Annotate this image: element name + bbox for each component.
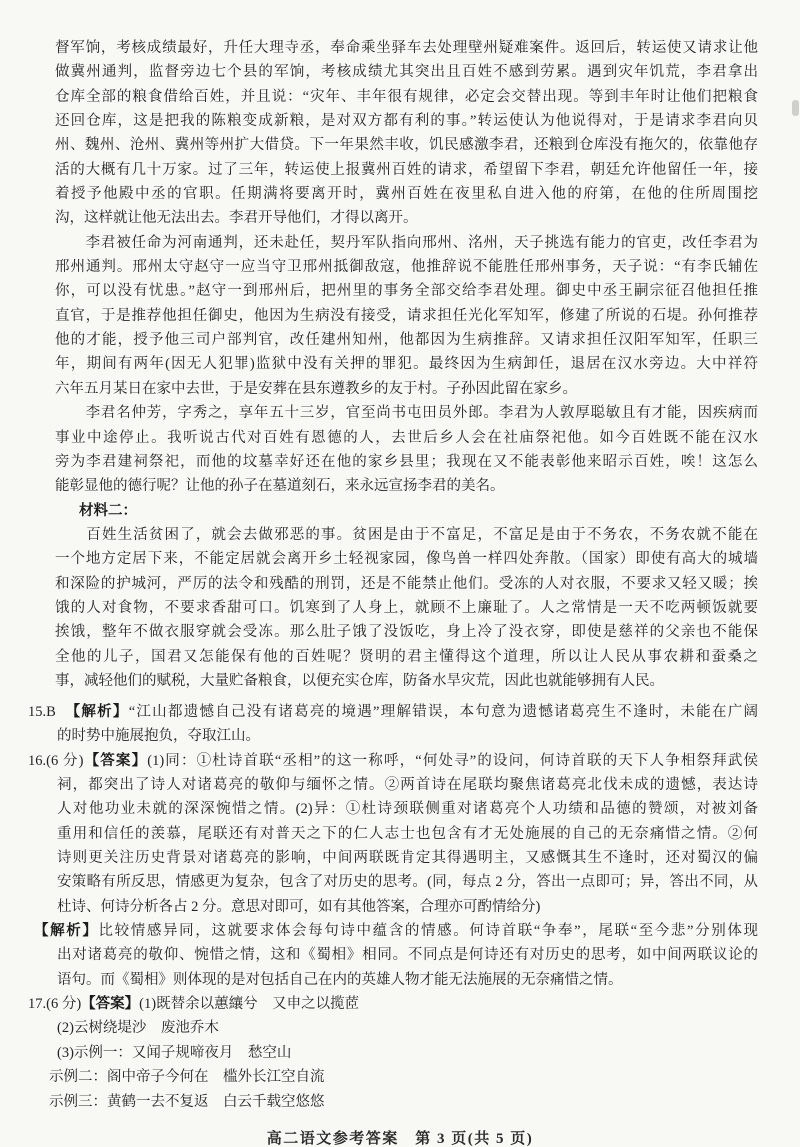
text-line: 饿的人对食物，不要求香甜可口。饥寒到了人身上，就顾不上廉耻了。人之常情是一天不吃… [55, 596, 758, 620]
text-line: 挨饿，整年不做衣服穿就会受冻。那么肚子饿了没饭吃，身上冷了没衣穿，即使是慈祥的父… [55, 620, 758, 644]
text-line: 诗则更关注历史背景对诸葛亮的影响，中间两联既肯定其得遇明主，又感慨其生不逢时，还… [28, 846, 758, 870]
text-line: 六年五月某日在家中去世，于是安葬在县东遵教乡的友于村。子孙因此留在家乡。 [55, 377, 758, 401]
text-line: 一个地方定居下来，不能定居就会离开乡土轻视家园，像鸟兽一样四处奔散。（国家）即使… [55, 547, 758, 571]
text-line: 督军饷，考核成绩最好，升任大理寺丞，奉命乘坐驿车去处理壁州疑难案件。返回后，转运… [55, 36, 758, 60]
text-line: 安策略有所反思，情感更为复杂，包含了对历史的思考。(同，每点 2 分，答出一点即… [28, 870, 758, 894]
text-line: 做冀州通判，监督旁边七个县的军饷，考核成绩尤其突出且百姓不感到劳累。遇到灾年饥荒… [55, 60, 758, 84]
text-line: 16.(6 分)【答案】(1)同：①杜诗首联“丞相”的这一称呼，“何处寻”的设问… [28, 749, 758, 773]
text-line: 17.(6 分)【答案】(1)既替余以蕙纕兮 又申之以揽茝 [28, 992, 758, 1016]
material-1-translation: 督军饷，考核成绩最好，升任大理寺丞，奉命乘坐驿车去处理壁州疑难案件。返回后，转运… [55, 36, 758, 499]
text-line: 着授予他殿中丞的官职。任期满将要离开时，冀州百姓在夜里私自进入他的府第，在他的住… [55, 182, 758, 206]
text-line: 和深险的护城河，严厉的法令和残酷的刑罚，还是不能禁止他们。受冻的人对衣服，不要求… [55, 572, 758, 596]
answer-item-15: 15.B 【解析】“江山都遗憾自己没有诸葛亮的境遇”理解错误，本句意为遗憾诸葛亮… [28, 700, 758, 749]
text-line: (3)示例一：又闻子规啼夜月 愁空山 [28, 1041, 758, 1065]
text-line: 【解析】比较情感异同，这就要求体会每句诗中蕴含的情感。何诗首联“争奉”，尾联“至… [28, 919, 758, 943]
text-line: 沟，这样就让他无法出去。李君开导他们，才得以离开。 [55, 206, 758, 230]
text-line: 仓库全部的粮食借给百姓，并且说：“灾年、丰年很有规律，必定会交替出现。等到丰年时… [55, 85, 758, 109]
text-line: 邢州通判。邢州太守赵守一应当守卫邢州抵御敌寇，他推辞说不能胜任邢州事务，天子说：… [55, 255, 758, 279]
text-line: 重用和信任的羡慕，尾联还有对普天之下的仁人志士也包含有才无处施展的自己的无奈痛惜… [28, 822, 758, 846]
text-line: 杜诗、何诗分析各占 2 分。意思对即可，如有其他答案，合理亦可酌情给分) [28, 895, 758, 919]
answer-section: 15.B 【解析】“江山都遗憾自己没有诸葛亮的境遇”理解错误，本句意为遗憾诸葛亮… [28, 700, 758, 1114]
text-line: 能彰显他的德行呢？让他的孙子在墓道刻石，来永远宣扬李君的美名。 [55, 474, 758, 498]
answer-item-16: 16.(6 分)【答案】(1)同：①杜诗首联“丞相”的这一称呼，“何处寻”的设问… [28, 749, 758, 992]
page-footer: 高二语文参考答案 第 3 页(共 5 页) [0, 1127, 800, 1147]
text-line: 李君被任命为河南通判，还未赴任，契丹军队指向邢州、洺州，天子挑选有能力的官吏，改… [55, 231, 758, 255]
text-line: 事，减轻他们的赋税，大量贮备粮食，以便充实仓库，防备水旱灾荒，因此也就能够拥有人… [55, 669, 758, 693]
text-line: 事业中途停止。我听说古代对百姓有恩德的人，去世后乡人会在社庙祭祀他。如今百姓既不… [55, 426, 758, 450]
text-line: 人对他功业未就的深深惋惜之情。(2)异：①杜诗颈联侧重对诸葛亮个人功绩和品德的赞… [28, 797, 758, 821]
reading-materials: 督军饷，考核成绩最好，升任大理寺丞，奉命乘坐驿车去处理壁州疑难案件。返回后，转运… [55, 36, 758, 693]
text-line: 还回仓库，这是把我的陈粮变成新粮，是对双方都有利的事。”转运使认为他说得对，于是… [55, 109, 758, 133]
text-line: 旁为李君建祠祭祀，而他的坟墓幸好还在他的家乡县里；我现在又不能表彰他来昭示百姓，… [55, 450, 758, 474]
text-line: 语句。而《蜀相》则体现的是对包括自己在内的英雄人物才能无法施展的无奈痛惜之情。 [28, 968, 758, 992]
material-2-header: 材料二： [55, 499, 758, 523]
text-line: 活的大概有几十万家。过了三年，转运使上报冀州百姓的请求，希望留下李君，朝廷允许他… [55, 158, 758, 182]
text-line: 示例三：黄鹤一去不复返 白云千载空悠悠 [28, 1090, 758, 1114]
text-line: 李君名仲芳，字秀之，享年五十三岁，官至尚书屯田员外郎。李君为人敦厚聪敏且有才能，… [55, 401, 758, 425]
text-line: 州、魏州、沧州、冀州等州扩大借贷。下一年果然丰收，饥民感激李君，还粮到仓库没有拖… [55, 133, 758, 157]
text-line: 年，期间有两年(因无人犯罪)监狱中没有关押的罪犯。最终因为生病卸任，退居在汉水旁… [55, 352, 758, 376]
scan-artifact [792, 100, 799, 116]
text-line: 全他的儿子，国君又怎能保有他的百姓呢？贤明的君主懂得这个道理，所以让人民从事农耕… [55, 645, 758, 669]
text-line: 祠，都突出了诗人对诸葛亮的敬仰与缅怀之情。②两首诗在尾联均聚焦诸葛亮北伐未成的遗… [28, 773, 758, 797]
text-line: 你，可以没有忧患。”赵守一到邢州后，把州里的事务全部交给李君处理。御史中丞王嗣宗… [55, 279, 758, 303]
scanned-answer-page: 督军饷，考核成绩最好，升任大理寺丞，奉命乘坐驿车去处理壁州疑难案件。返回后，转运… [0, 0, 800, 1147]
text-line: 的时势中施展抱负，夺取江山。 [28, 724, 758, 748]
answer-item-17: 17.(6 分)【答案】(1)既替余以蕙纕兮 又申之以揽茝(2)云树绕堤沙 废池… [28, 992, 758, 1114]
text-line: 出对诸葛亮的敬仰、惋惜之情，这和《蜀相》相同。不同点是何诗还有对历史的思考，如中… [28, 943, 758, 967]
text-line: 他的才能，授予他三司户部判官，改任建州知州，他都因为生病推辞。又请求担任汉阳军知… [55, 328, 758, 352]
text-line: 示例二：阁中帝子今何在 槛外长江空自流 [28, 1065, 758, 1089]
text-line: 直官，于是推荐他担任御史，他因为生病没有接受，请求担任光化军知军，修建了所说的石… [55, 304, 758, 328]
text-line: 15.B 【解析】“江山都遗憾自己没有诸葛亮的境遇”理解错误，本句意为遗憾诸葛亮… [28, 700, 758, 724]
material-2-translation: 百姓生活贫困了，就会去做邪恶的事。贫困是由于不富足，不富足是由于不务农，不务农就… [55, 523, 758, 693]
text-line: (2)云树绕堤沙 废池乔木 [28, 1016, 758, 1040]
text-line: 百姓生活贫困了，就会去做邪恶的事。贫困是由于不富足，不富足是由于不务农，不务农就… [55, 523, 758, 547]
